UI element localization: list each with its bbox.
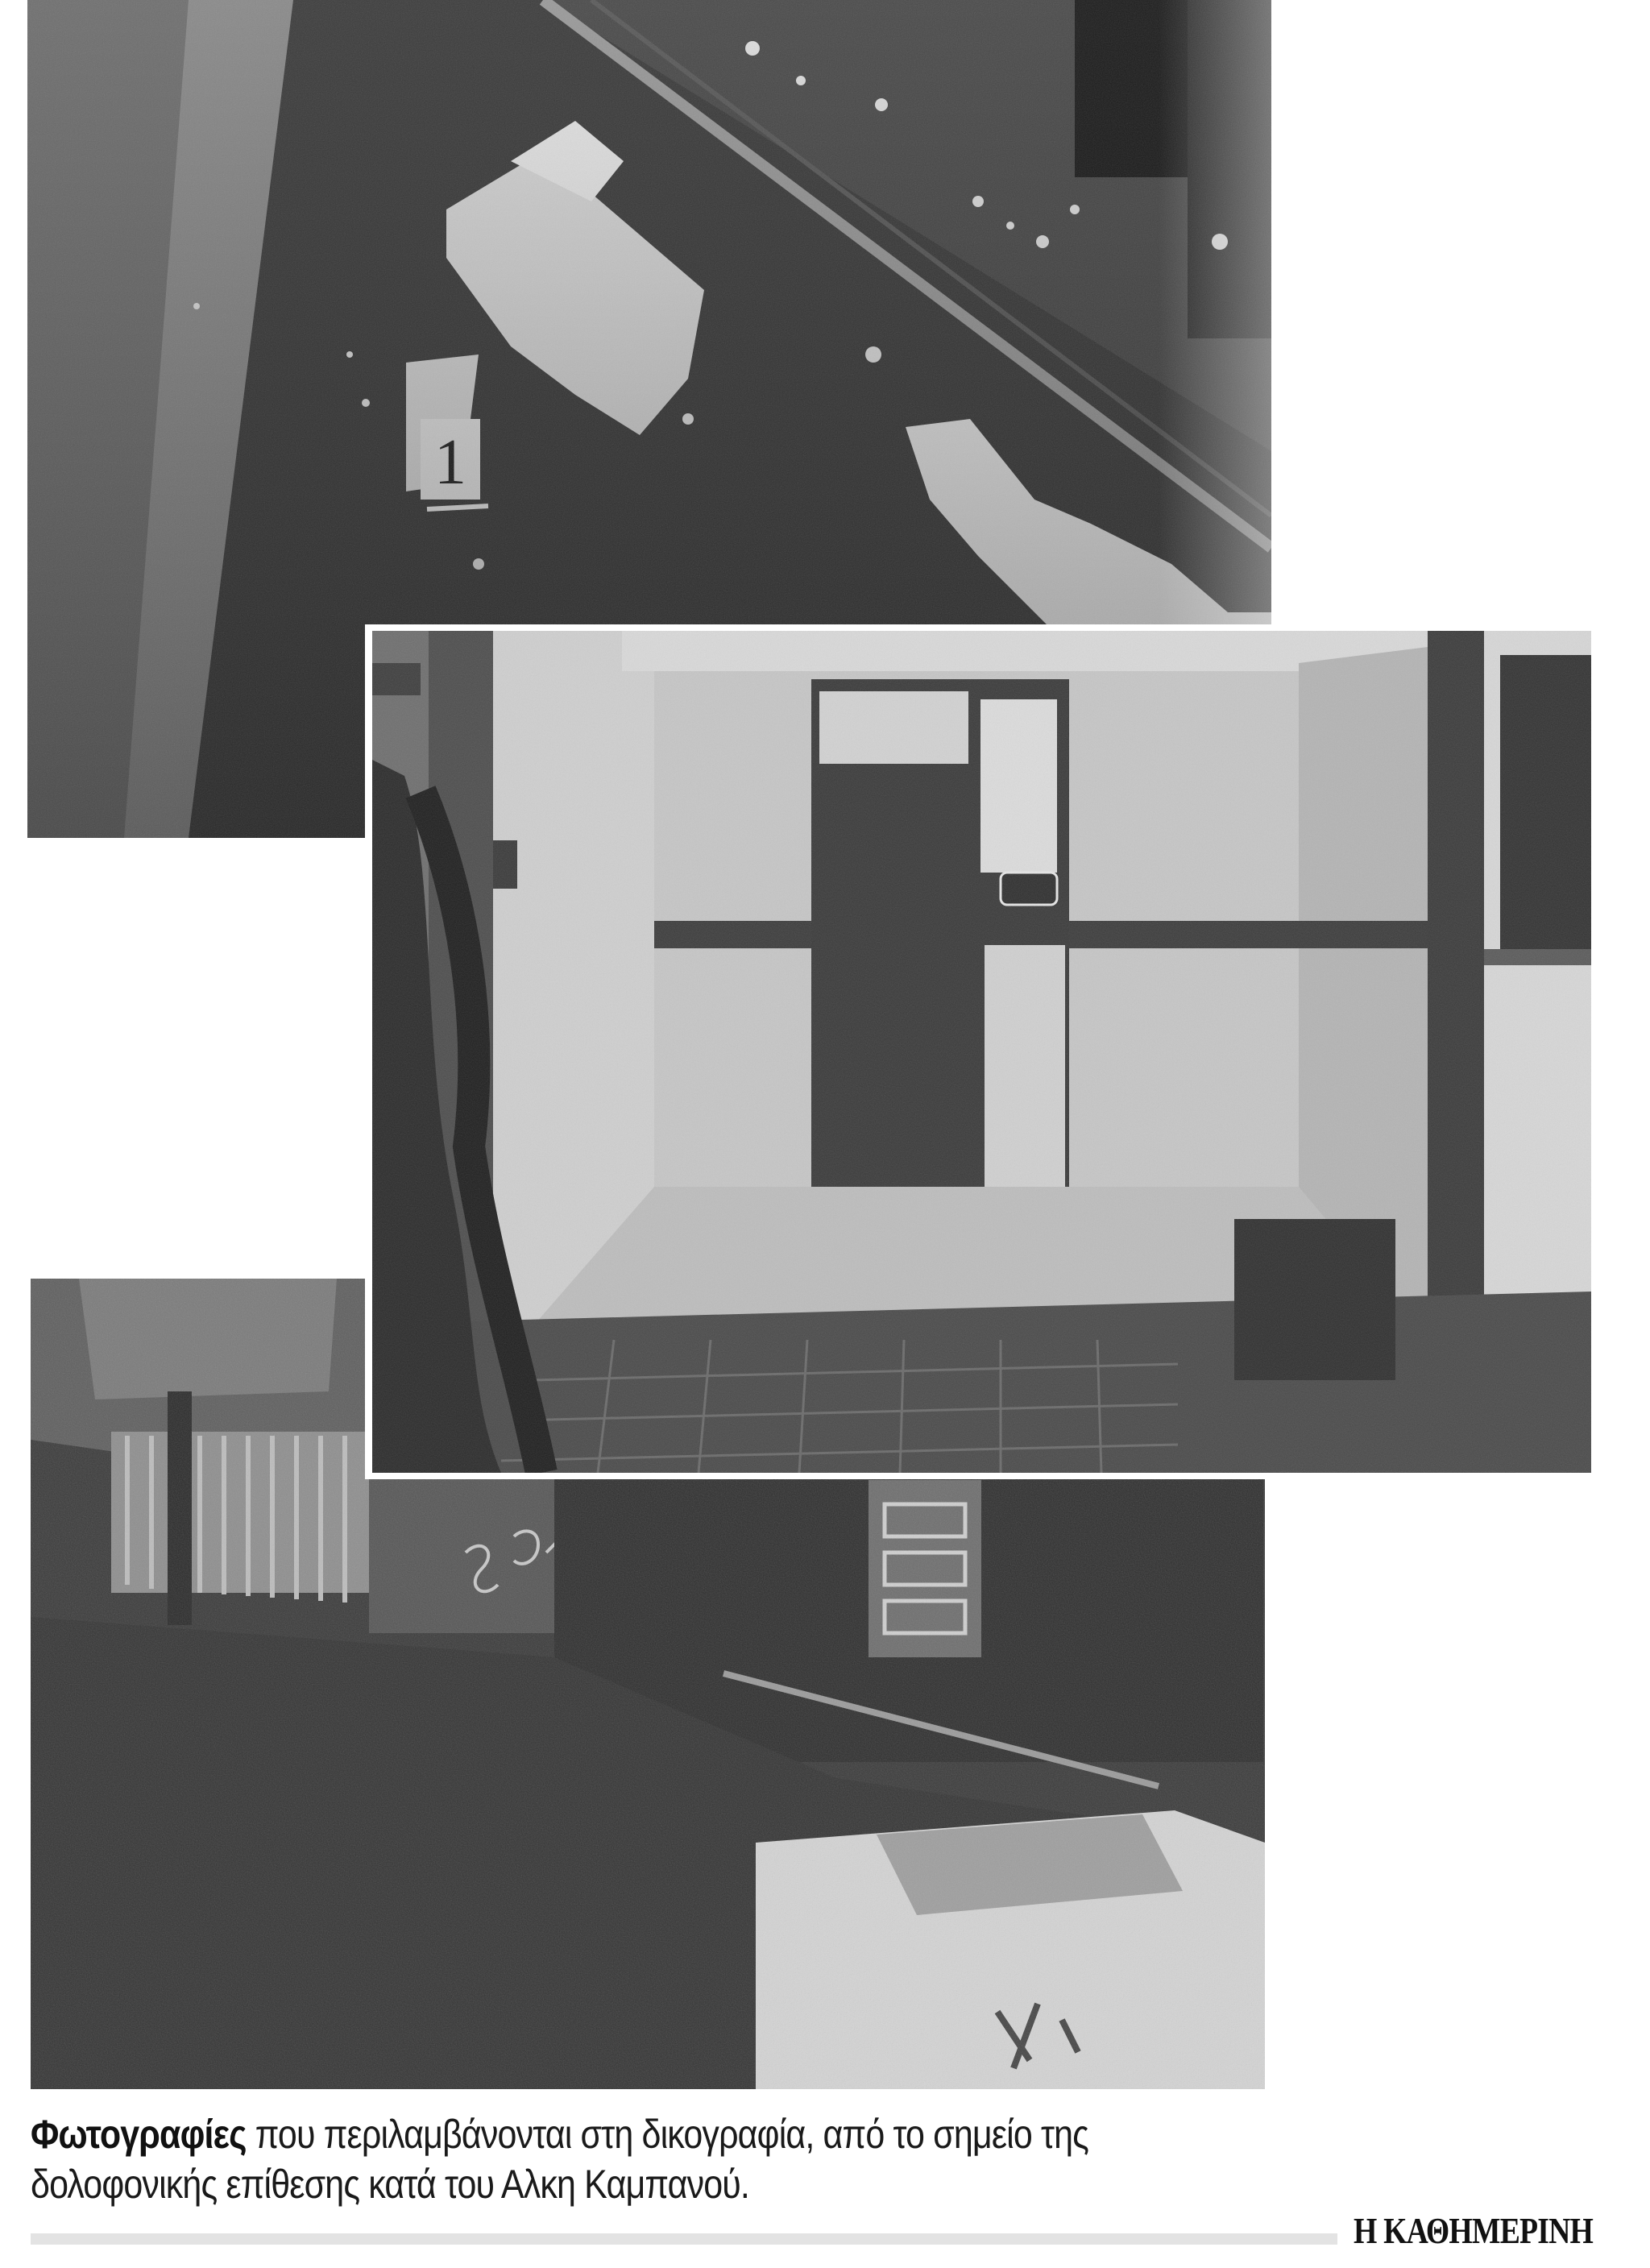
publication-logo: Η ΚΑΘΗΜΕΡΙΝΗ bbox=[1354, 2209, 1593, 2252]
crime-scene-photo-entrance bbox=[372, 631, 1591, 1473]
caption-lead: Φωτογραφίες bbox=[31, 2112, 247, 2157]
footer-rule bbox=[31, 2233, 1337, 2245]
photo-caption: Φωτογραφίες που περιλαμβάνονται στη δικο… bbox=[31, 2109, 1347, 2209]
caption-line-1: Φωτογραφίες που περιλαμβάνονται στη δικο… bbox=[31, 2109, 1347, 2159]
caption-line-1-text: που περιλαμβάνονται στη δικογραφία, από … bbox=[247, 2112, 1088, 2157]
caption-line-2: δολοφονικής επίθεσης κατά του Αλκη Καμπα… bbox=[31, 2159, 1347, 2209]
entrance-photo-image bbox=[372, 631, 1591, 1473]
